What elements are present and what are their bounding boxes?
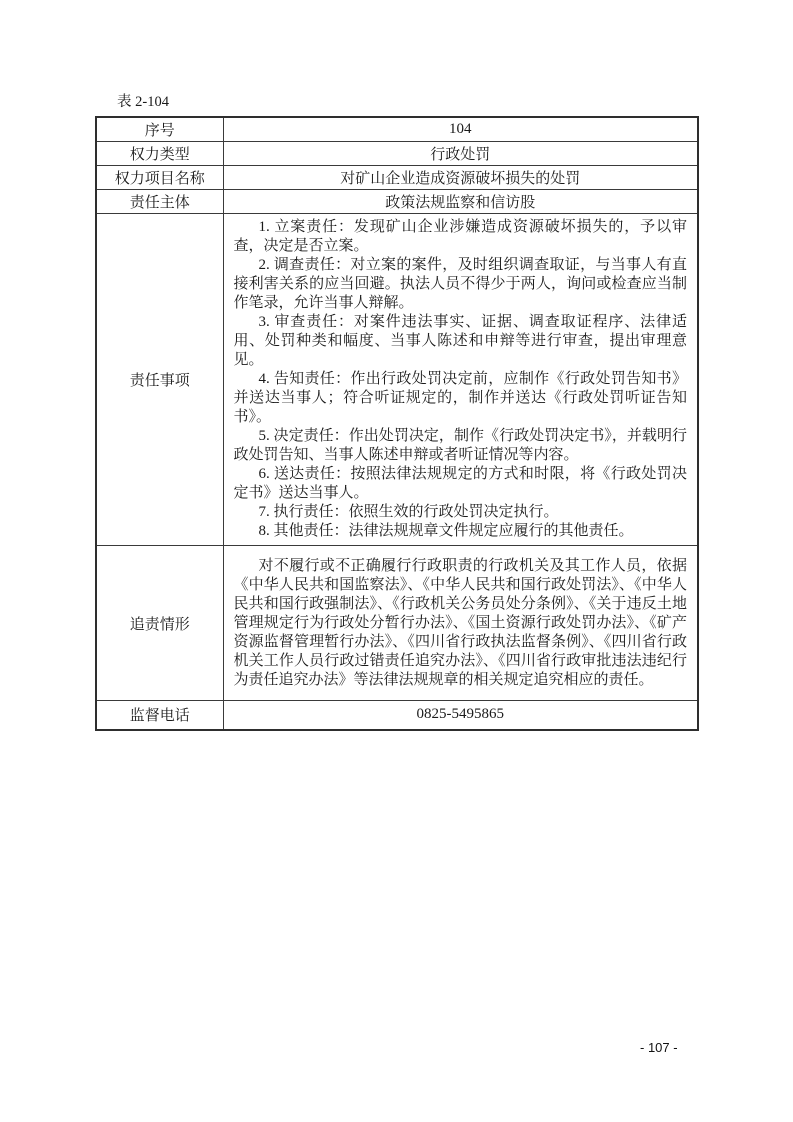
row-label-responsible-entity: 责任主体 bbox=[96, 190, 223, 214]
duty-item-8: 8. 其他责任：法律法规规章文件规定应履行的其他责任。 bbox=[234, 522, 688, 541]
row-label-serial: 序号 bbox=[96, 117, 223, 142]
table-row-accountability: 追责情形 对不履行或不正确履行行政职责的行政机关及其工作人员，依据《中华人民共和… bbox=[96, 546, 698, 701]
duty-item-5: 5. 决定责任：作出处罚决定，制作《行政处罚决定书》，并载明行政处罚告知、当事人… bbox=[234, 427, 688, 465]
row-value-phone: 0825-5495865 bbox=[223, 701, 698, 730]
row-label-duty-items: 责任事项 bbox=[96, 214, 223, 546]
accountability-cell: 对不履行或不正确履行行政职责的行政机关及其工作人员，依据《中华人民共和国监察法》… bbox=[223, 546, 698, 701]
table-row-phone: 监督电话 0825-5495865 bbox=[96, 701, 698, 730]
duty-item-7: 7. 执行责任：依照生效的行政处罚决定执行。 bbox=[234, 503, 688, 522]
duty-item-2: 2. 调查责任：对立案的案件，及时组织调查取证，与当事人有直接利害关系的应当回避… bbox=[234, 256, 688, 313]
table-row-responsible-entity: 责任主体 政策法规监察和信访股 bbox=[96, 190, 698, 214]
duty-item-1: 1. 立案责任：发现矿山企业涉嫌造成资源破坏损失的，予以审查，决定是否立案。 bbox=[234, 218, 688, 256]
table-row-duty-items: 责任事项 1. 立案责任：发现矿山企业涉嫌造成资源破坏损失的，予以审查，决定是否… bbox=[96, 214, 698, 546]
row-label-phone: 监督电话 bbox=[96, 701, 223, 730]
row-label-power-item-name: 权力项目名称 bbox=[96, 166, 223, 190]
duty-item-4: 4. 告知责任：作出行政处罚决定前，应制作《行政处罚告知书》并送达当事人；符合听… bbox=[234, 370, 688, 427]
row-label-accountability: 追责情形 bbox=[96, 546, 223, 701]
accountability-text: 对不履行或不正确履行行政职责的行政机关及其工作人员，依据《中华人民共和国监察法》… bbox=[234, 557, 688, 690]
duty-item-3: 3. 审查责任：对案件违法事实、证据、调查取证程序、法律适用、处罚种类和幅度、当… bbox=[234, 313, 688, 370]
table-caption: 表 2-104 bbox=[117, 94, 169, 111]
row-value-responsible-entity: 政策法规监察和信访股 bbox=[223, 190, 698, 214]
table-row-serial: 序号 104 bbox=[96, 117, 698, 142]
row-value-power-item-name: 对矿山企业造成资源破坏损失的处罚 bbox=[223, 166, 698, 190]
page-number: - 107 - bbox=[640, 1040, 678, 1055]
document-page: 表 2-104 序号 104 权力类型 行政处罚 权力项目名称 对矿山企业造成资… bbox=[0, 0, 793, 1122]
row-value-power-type: 行政处罚 bbox=[223, 142, 698, 166]
table-row-power-type: 权力类型 行政处罚 bbox=[96, 142, 698, 166]
table-row-power-item-name: 权力项目名称 对矿山企业造成资源破坏损失的处罚 bbox=[96, 166, 698, 190]
row-label-power-type: 权力类型 bbox=[96, 142, 223, 166]
duty-items-cell: 1. 立案责任：发现矿山企业涉嫌造成资源破坏损失的，予以审查，决定是否立案。 2… bbox=[223, 214, 698, 546]
duty-item-6: 6. 送达责任：按照法律法规规定的方式和时限，将《行政处罚决定书》送达当事人。 bbox=[234, 465, 688, 503]
row-value-serial: 104 bbox=[223, 117, 698, 142]
power-item-table: 序号 104 权力类型 行政处罚 权力项目名称 对矿山企业造成资源破坏损失的处罚… bbox=[95, 116, 699, 731]
